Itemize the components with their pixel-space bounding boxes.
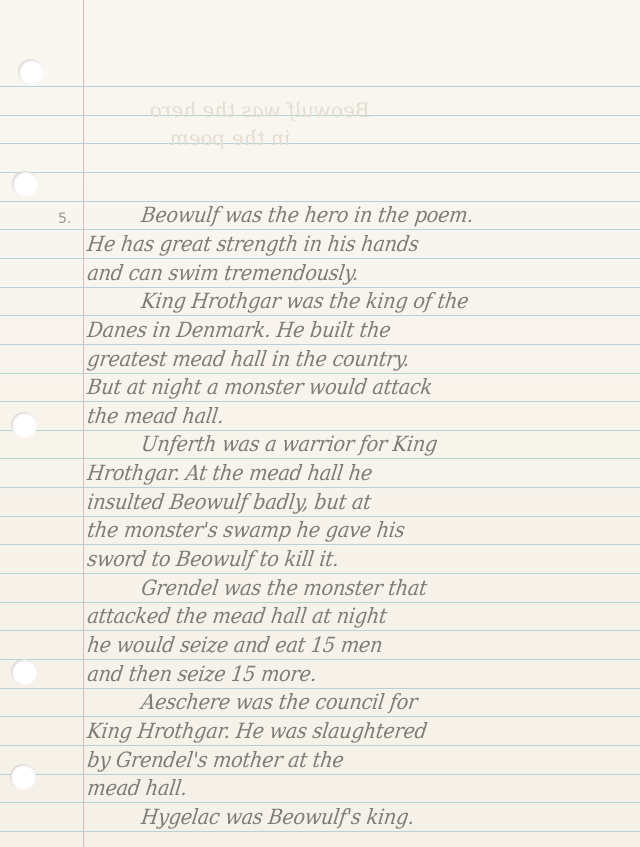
ruled-line xyxy=(0,487,640,488)
ruled-line xyxy=(0,373,640,374)
ruled-line xyxy=(0,688,640,689)
text-line: sword to Beowulf to kill it. xyxy=(86,547,340,571)
ruled-line xyxy=(0,831,640,832)
ruled-line xyxy=(0,544,640,545)
ruled-line xyxy=(0,659,640,660)
ruled-line xyxy=(0,172,640,173)
text-line: Aeschere was the council for xyxy=(140,690,419,714)
text-line: Hygelac was Beowulf's king. xyxy=(140,805,416,829)
ruled-line xyxy=(0,716,640,717)
text-line: Danes in Denmark. He built the xyxy=(86,318,392,342)
text-line: Unferth was a warrior for King xyxy=(140,432,439,456)
text-line: mead hall. xyxy=(86,776,189,800)
text-line: Hrothgar. At the mead hall he xyxy=(86,461,374,485)
binder-hole xyxy=(11,412,37,438)
ruled-line xyxy=(0,430,640,431)
ruled-line xyxy=(0,602,640,603)
ruled-line xyxy=(0,258,640,259)
binder-hole xyxy=(11,659,37,685)
text-line: King Hrothgar was the king of the xyxy=(140,289,470,313)
text-line: But at night a monster would attack xyxy=(86,375,434,399)
text-line: King Hrothgar. He was slaughtered xyxy=(86,719,428,743)
binder-hole xyxy=(12,171,38,197)
ruled-line xyxy=(0,315,640,316)
text-line: greatest mead hall in the country. xyxy=(86,347,411,371)
ruled-line xyxy=(0,745,640,746)
ruled-line xyxy=(0,86,640,87)
ruled-line xyxy=(0,201,640,202)
binder-hole xyxy=(10,764,36,790)
ruled-line xyxy=(0,344,640,345)
ruled-line xyxy=(0,802,640,803)
ruled-line xyxy=(0,573,640,574)
text-line: the monster's swamp he gave his xyxy=(86,518,406,542)
text-line: Beowulf was the hero in the poem. xyxy=(140,203,475,227)
text-line: attacked the mead hall at night xyxy=(86,604,388,628)
show-through-text: Beowulf was the hero xyxy=(148,98,371,122)
ruled-line xyxy=(0,630,640,631)
text-line: Grendel was the monster that xyxy=(140,576,428,600)
text-line: the mead hall. xyxy=(86,404,225,428)
text-line: and then seize 15 more. xyxy=(86,662,318,686)
ruled-line xyxy=(0,287,640,288)
ruled-line xyxy=(0,143,640,144)
ruled-line xyxy=(0,774,640,775)
margin-line xyxy=(83,0,84,847)
ruled-line xyxy=(0,458,640,459)
item-number: 5. xyxy=(58,211,71,227)
text-line: by Grendel's mother at the xyxy=(86,748,345,772)
ruled-line xyxy=(0,401,640,402)
ruled-line xyxy=(0,229,640,230)
show-through-text: in the poem xyxy=(168,126,292,150)
ruled-line xyxy=(0,516,640,517)
text-line: he would seize and eat 15 men xyxy=(86,633,384,657)
text-line: and can swim tremendously. xyxy=(86,261,360,285)
binder-hole xyxy=(18,59,44,85)
text-line: insulted Beowulf badly, but at xyxy=(86,490,372,514)
text-line: He has great strength in his hands xyxy=(86,232,420,256)
